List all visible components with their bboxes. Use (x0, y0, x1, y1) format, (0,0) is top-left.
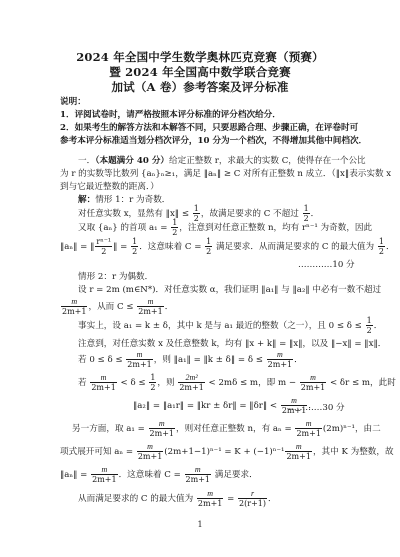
den: 2 (366, 326, 373, 335)
text: 事实上，设 a₁ = k ± δ，其中 k 是与 a₁ 最近的整数（之一），且 … (78, 321, 365, 331)
text: = (224, 494, 237, 504)
text: ，从而 C ≤ (88, 302, 136, 312)
title-line-1: 2024 年全国中学生数学奥林匹克竞赛（预赛） (0, 49, 400, 65)
den: 2m+1 (285, 452, 311, 461)
fraction-2m2: 2m²2m+1 (178, 373, 204, 392)
problem-statement-2: 为 r 的实数等比数列 {aₙ}ₙ≥₁，满足 ‖aₙ‖ ≥ C 对所有正整数 n… (60, 168, 391, 180)
fraction-m: m2m+1 (90, 373, 116, 392)
note-item-2a: 2．如果考生的解答方法和本解答不同，只要思路合理、步骤正确，在评卷时可 (60, 122, 358, 134)
num: 1 (171, 218, 178, 228)
fraction-m: m2m+1 (91, 465, 117, 484)
case2-line-9: 项式展开可知 aₙ = m2m+1(2m+1−1)ⁿ⁻¹ = K + (−1)ⁿ… (60, 441, 394, 463)
text: 若 0 ≤ δ ≤ (78, 355, 125, 365)
case2-line-5: 若 0 ≤ δ ≤ m2m+1，则 ‖a₁‖ = ‖k ± δ‖ = δ ≤ m… (78, 349, 303, 371)
num: m (185, 465, 211, 475)
den: 2m+1 (178, 383, 204, 392)
text: 项式展开可知 aₙ = (60, 447, 136, 457)
text: 另一方面，取 a₁ = (72, 424, 148, 434)
case2-line-1: 设 r = 2m (m∈N*)．对任意实数 α，我们证明 ‖a₁‖ 与 ‖a₂‖… (78, 284, 381, 296)
case2-line-2: m2m+1，从而 C ≤ m2m+1． (60, 296, 173, 318)
fraction-m: m2m+1 (185, 465, 211, 484)
text: ，其中 K 为整数，故 (313, 447, 394, 457)
num: 2m² (178, 373, 204, 383)
text: 又取 {aₙ} 的首项 a₁ = (78, 223, 170, 233)
num: m (90, 373, 116, 383)
text: ，注意到对任意正整数 n，均有 rⁿ⁻¹ 为奇数，因此 (179, 223, 372, 233)
num: m (149, 419, 175, 429)
num: 1 (149, 373, 156, 383)
num: 1 (378, 237, 385, 247)
case2-line-8: 另一方面，取 a₁ = m2m+1，则对任意正整数 n，有 aₙ = m2m+1… (72, 418, 381, 440)
den: 2 (95, 247, 112, 256)
text: < δr ≤ m，此时 (327, 378, 396, 388)
fraction-r-over-2: rⁿ⁻¹2 (95, 237, 112, 256)
fraction-m: m2m+1 (137, 297, 163, 316)
text: 满足要求．从而满足要求的 C 的最大值为 (213, 242, 377, 252)
den: 2(r+1) (238, 499, 267, 508)
notes-heading: 说明： (60, 96, 86, 108)
num: 1 (193, 204, 200, 214)
num: m (126, 350, 152, 360)
case2-line-6: 若 m2m+1 < δ ≤ 12，则 2m²2m+1 < 2mδ ≤ m，即 m… (78, 372, 396, 394)
den: 2 (149, 383, 156, 392)
problem-points: （本题满分 40 分） (95, 156, 169, 166)
den: 2 (378, 247, 385, 256)
num: m (295, 419, 321, 429)
problem-number: 一． (78, 156, 95, 166)
den: 2 (205, 247, 212, 256)
num: 1 (205, 237, 212, 247)
fraction-m: m2m+1 (61, 297, 87, 316)
problem-text: 给定正整数 r，求最大的实数 C，使得存在一个公比 (169, 156, 366, 166)
fraction-m: m2m+1 (267, 350, 293, 369)
fraction-m: m2m+1 (197, 489, 223, 508)
num: 1 (303, 204, 310, 214)
num: r (238, 489, 267, 499)
num: m (61, 297, 87, 307)
problem-statement-3: 到与它最近整数的距离．） (60, 181, 159, 193)
text: ‖ = (113, 242, 130, 252)
den: 2m+1 (267, 360, 293, 369)
text: < 2mδ ≤ m，即 m − (206, 378, 299, 388)
text: ‖a₂‖ = ‖a₁r‖ = ‖kr ± δr‖ = ‖δr‖ < (133, 401, 280, 411)
case1-line-3: ‖aₙ‖ = ‖rⁿ⁻¹2‖ = 12．这意味着 C = 12 满足要求．从而满… (60, 236, 395, 258)
num: m (267, 350, 293, 360)
den: 2m+1 (137, 307, 163, 316)
fraction-r: r2(r+1) (238, 489, 267, 508)
text: ，则对任意正整数 n，有 aₙ = (176, 424, 294, 434)
fraction-half: 12 (171, 218, 178, 237)
den: 2m+1 (61, 307, 87, 316)
document-page: 2024 年全国中学生数学奥林匹克竞赛（预赛） 暨 2024 年全国高中数学联合… (0, 0, 400, 557)
title-line-2: 暨 2024 年全国高中数学联合竞赛 (0, 64, 400, 80)
den: 2 (131, 247, 138, 256)
den: 2m+1 (90, 383, 116, 392)
text: (2m+1−1)ⁿ⁻¹ = K + (−1)ⁿ⁻¹ (164, 447, 284, 457)
num: m (91, 465, 117, 475)
fraction-m: m2m+1 (137, 442, 163, 461)
den: 2m+1 (149, 429, 175, 438)
num: m (197, 489, 223, 499)
num: 1 (366, 316, 373, 326)
page-number: 1 (0, 520, 400, 529)
score-10: …………10 分 (298, 258, 355, 270)
den: 2m+1 (185, 475, 211, 484)
fraction-half: 12 (366, 316, 373, 335)
den: 2m+1 (300, 383, 326, 392)
text: ‖aₙ‖ = ‖ (60, 242, 94, 252)
fraction-m: m2m+1 (149, 419, 175, 438)
text: ．这意味着 C = (139, 242, 204, 252)
num: m (300, 373, 326, 383)
text: ，则 (157, 378, 177, 388)
fraction-half: 12 (378, 237, 385, 256)
score-30: …………30 分 (288, 401, 345, 413)
den: 2m+1 (197, 499, 223, 508)
num: 1 (131, 237, 138, 247)
text: (2m)ⁿ⁻¹，由二 (323, 424, 381, 434)
text: ．这意味着 C = (119, 470, 184, 480)
fraction-half: 12 (205, 237, 212, 256)
num: m (137, 442, 163, 452)
case1-line-2: 又取 {aₙ} 的首项 a₁ = 12，注意到对任意正整数 n，均有 rⁿ⁻¹ … (78, 218, 372, 238)
note-item-2b: 参考本评分标准适当划分档次评分，10 分为一个档次，不得增加其他中间档次． (60, 135, 367, 147)
den: 2m+1 (91, 475, 117, 484)
final-answer: 从而满足要求的 C 的最大值为 m2m+1 = r2(r+1)． (78, 488, 277, 510)
fraction-half: 12 (149, 373, 156, 392)
case2-title: 情形 2：r 为偶数． (78, 271, 153, 283)
note-item-1: 1．评阅试卷时，请严格按照本评分标准的评分档次给分． (60, 109, 281, 121)
text: 从而满足要求的 C 的最大值为 (78, 494, 196, 504)
case2-line-3: 事实上，设 a₁ = k ± δ，其中 k 是与 a₁ 最近的整数（之一），且 … (78, 316, 382, 336)
text: < δ ≤ (118, 378, 149, 388)
fraction-m: m2m+1 (295, 419, 321, 438)
fraction-m: m2m+1 (126, 350, 152, 369)
title-line-3: 加试（A 卷）参考答案及评分标准 (0, 79, 400, 95)
text: 若 (78, 378, 89, 388)
fraction-half: 12 (131, 237, 138, 256)
problem-statement-1: 一．（本题满分 40 分）给定正整数 r，求最大的实数 C，使得存在一个公比 (78, 155, 366, 167)
num: m (137, 297, 163, 307)
den: 2m+1 (137, 452, 163, 461)
text: ，则 ‖a₁‖ = ‖k ± δ‖ = δ ≤ (154, 355, 266, 365)
num: m (285, 442, 311, 452)
text: 满足要求． (212, 470, 258, 480)
num: rⁿ⁻¹ (95, 237, 112, 247)
text: ‖aₙ‖ = (60, 470, 90, 480)
den: 2m+1 (126, 360, 152, 369)
den: 2m+1 (295, 429, 321, 438)
text: ． (268, 494, 277, 504)
case2-line-10: ‖aₙ‖ = m2m+1．这意味着 C = m2m+1 满足要求． (60, 464, 258, 486)
fraction-m: m2m+1 (300, 373, 326, 392)
fraction-m: m2m+1 (285, 442, 311, 461)
